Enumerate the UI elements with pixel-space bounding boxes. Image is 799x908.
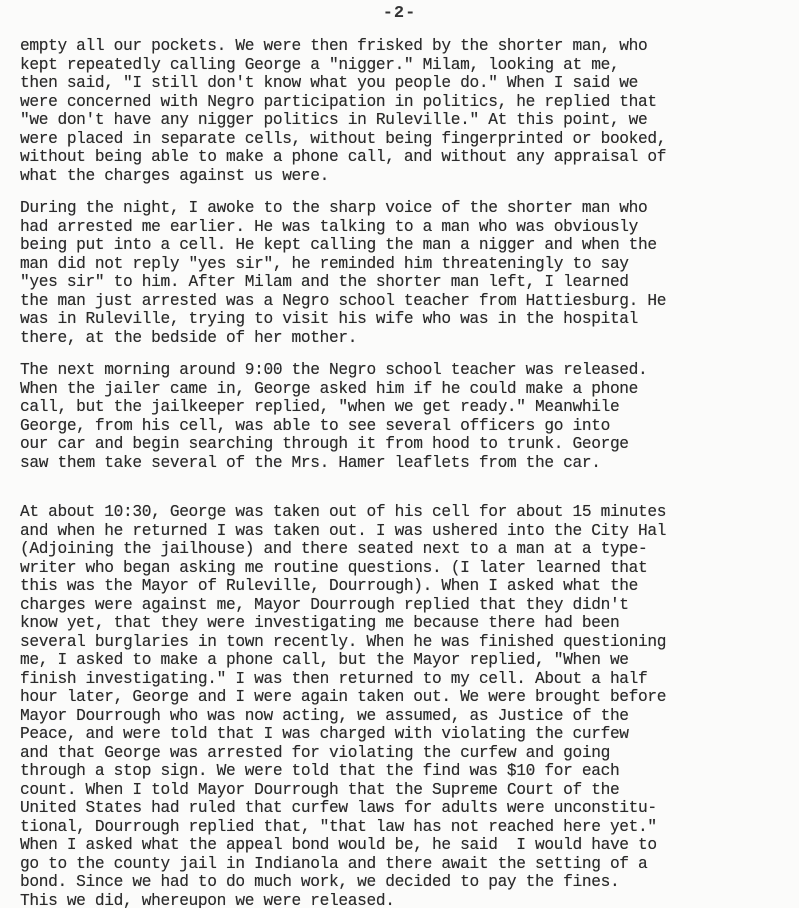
text-line: At about 10:30, George was taken out of … [20, 503, 799, 522]
text-line: this was the Mayor of Ruleville, Dourrou… [20, 577, 799, 596]
text-line: Peace, and were told that I was charged … [20, 725, 799, 744]
text-line: was in Ruleville, trying to visit his wi… [20, 310, 799, 329]
text-line: through a stop sign. We were told that t… [20, 762, 799, 781]
text-line: United States had ruled that curfew laws… [20, 799, 799, 818]
text-line: without being able to make a phone call,… [20, 148, 799, 167]
text-line: tional, Dourrough replied that, "that la… [20, 818, 799, 837]
text-line: call, but the jailkeeper replied, "when … [20, 398, 799, 417]
text-line: our car and begin searching through it f… [20, 435, 799, 454]
text-line: the man just arrested was a Negro school… [20, 292, 799, 311]
text-line: several burglaries in town recently. Whe… [20, 633, 799, 652]
paragraph-questioning-and-fines: At about 10:30, George was taken out of … [20, 503, 799, 908]
text-line: then said, "I still don't know what you … [20, 74, 799, 93]
page-number: -2- [0, 4, 799, 23]
text-line: hour later, George and I were again take… [20, 688, 799, 707]
text-line: When I asked what the appeal bond would … [20, 836, 799, 855]
paragraph-next-morning: The next morning around 9:00 the Negro s… [20, 361, 799, 472]
text-line: count. When I told Mayor Dourrough that … [20, 781, 799, 800]
text-line: me, I asked to make a phone call, but th… [20, 651, 799, 670]
text-line: The next morning around 9:00 the Negro s… [20, 361, 799, 380]
text-line: charges were against me, Mayor Dourrough… [20, 596, 799, 615]
text-line: "yes sir" to him. After Milam and the sh… [20, 273, 799, 292]
text-line: being put into a cell. He kept calling t… [20, 236, 799, 255]
text-line: finish investigating." I was then return… [20, 670, 799, 689]
text-line: This we did, whereupon we were released. [20, 892, 799, 908]
text-line: When the jailer came in, George asked hi… [20, 380, 799, 399]
text-line: bond. Since we had to do much work, we d… [20, 873, 799, 892]
text-line: and when he returned I was taken out. I … [20, 522, 799, 541]
text-line: saw them take several of the Mrs. Hamer … [20, 454, 799, 473]
text-line: there, at the bedside of her mother. [20, 329, 799, 348]
text-line: During the night, I awoke to the sharp v… [20, 199, 799, 218]
text-line: Mayor Dourrough who was now acting, we a… [20, 707, 799, 726]
text-line: (Adjoining the jailhouse) and there seat… [20, 540, 799, 559]
text-line: go to the county jail in Indianola and t… [20, 855, 799, 874]
paragraph-pockets-frisked: empty all our pockets. We were then fris… [20, 37, 799, 185]
text-line: George, from his cell, was able to see s… [20, 417, 799, 436]
text-line: know yet, that they were investigating m… [20, 614, 799, 633]
text-line: kept repeatedly calling George a "nigger… [20, 56, 799, 75]
text-line: and that George was arrested for violati… [20, 744, 799, 763]
text-line: writer who began asking me routine quest… [20, 559, 799, 578]
text-line: "we don't have any nigger politics in Ru… [20, 111, 799, 130]
paragraph-night: During the night, I awoke to the sharp v… [20, 199, 799, 347]
text-line: had arrested me earlier. He was talking … [20, 218, 799, 237]
text-line: man did not reply "yes sir", he reminded… [20, 255, 799, 274]
text-line: what the charges against us were. [20, 167, 799, 186]
text-line: were placed in separate cells, without b… [20, 130, 799, 149]
text-line: empty all our pockets. We were then fris… [20, 37, 799, 56]
text-line: were concerned with Negro participation … [20, 93, 799, 112]
